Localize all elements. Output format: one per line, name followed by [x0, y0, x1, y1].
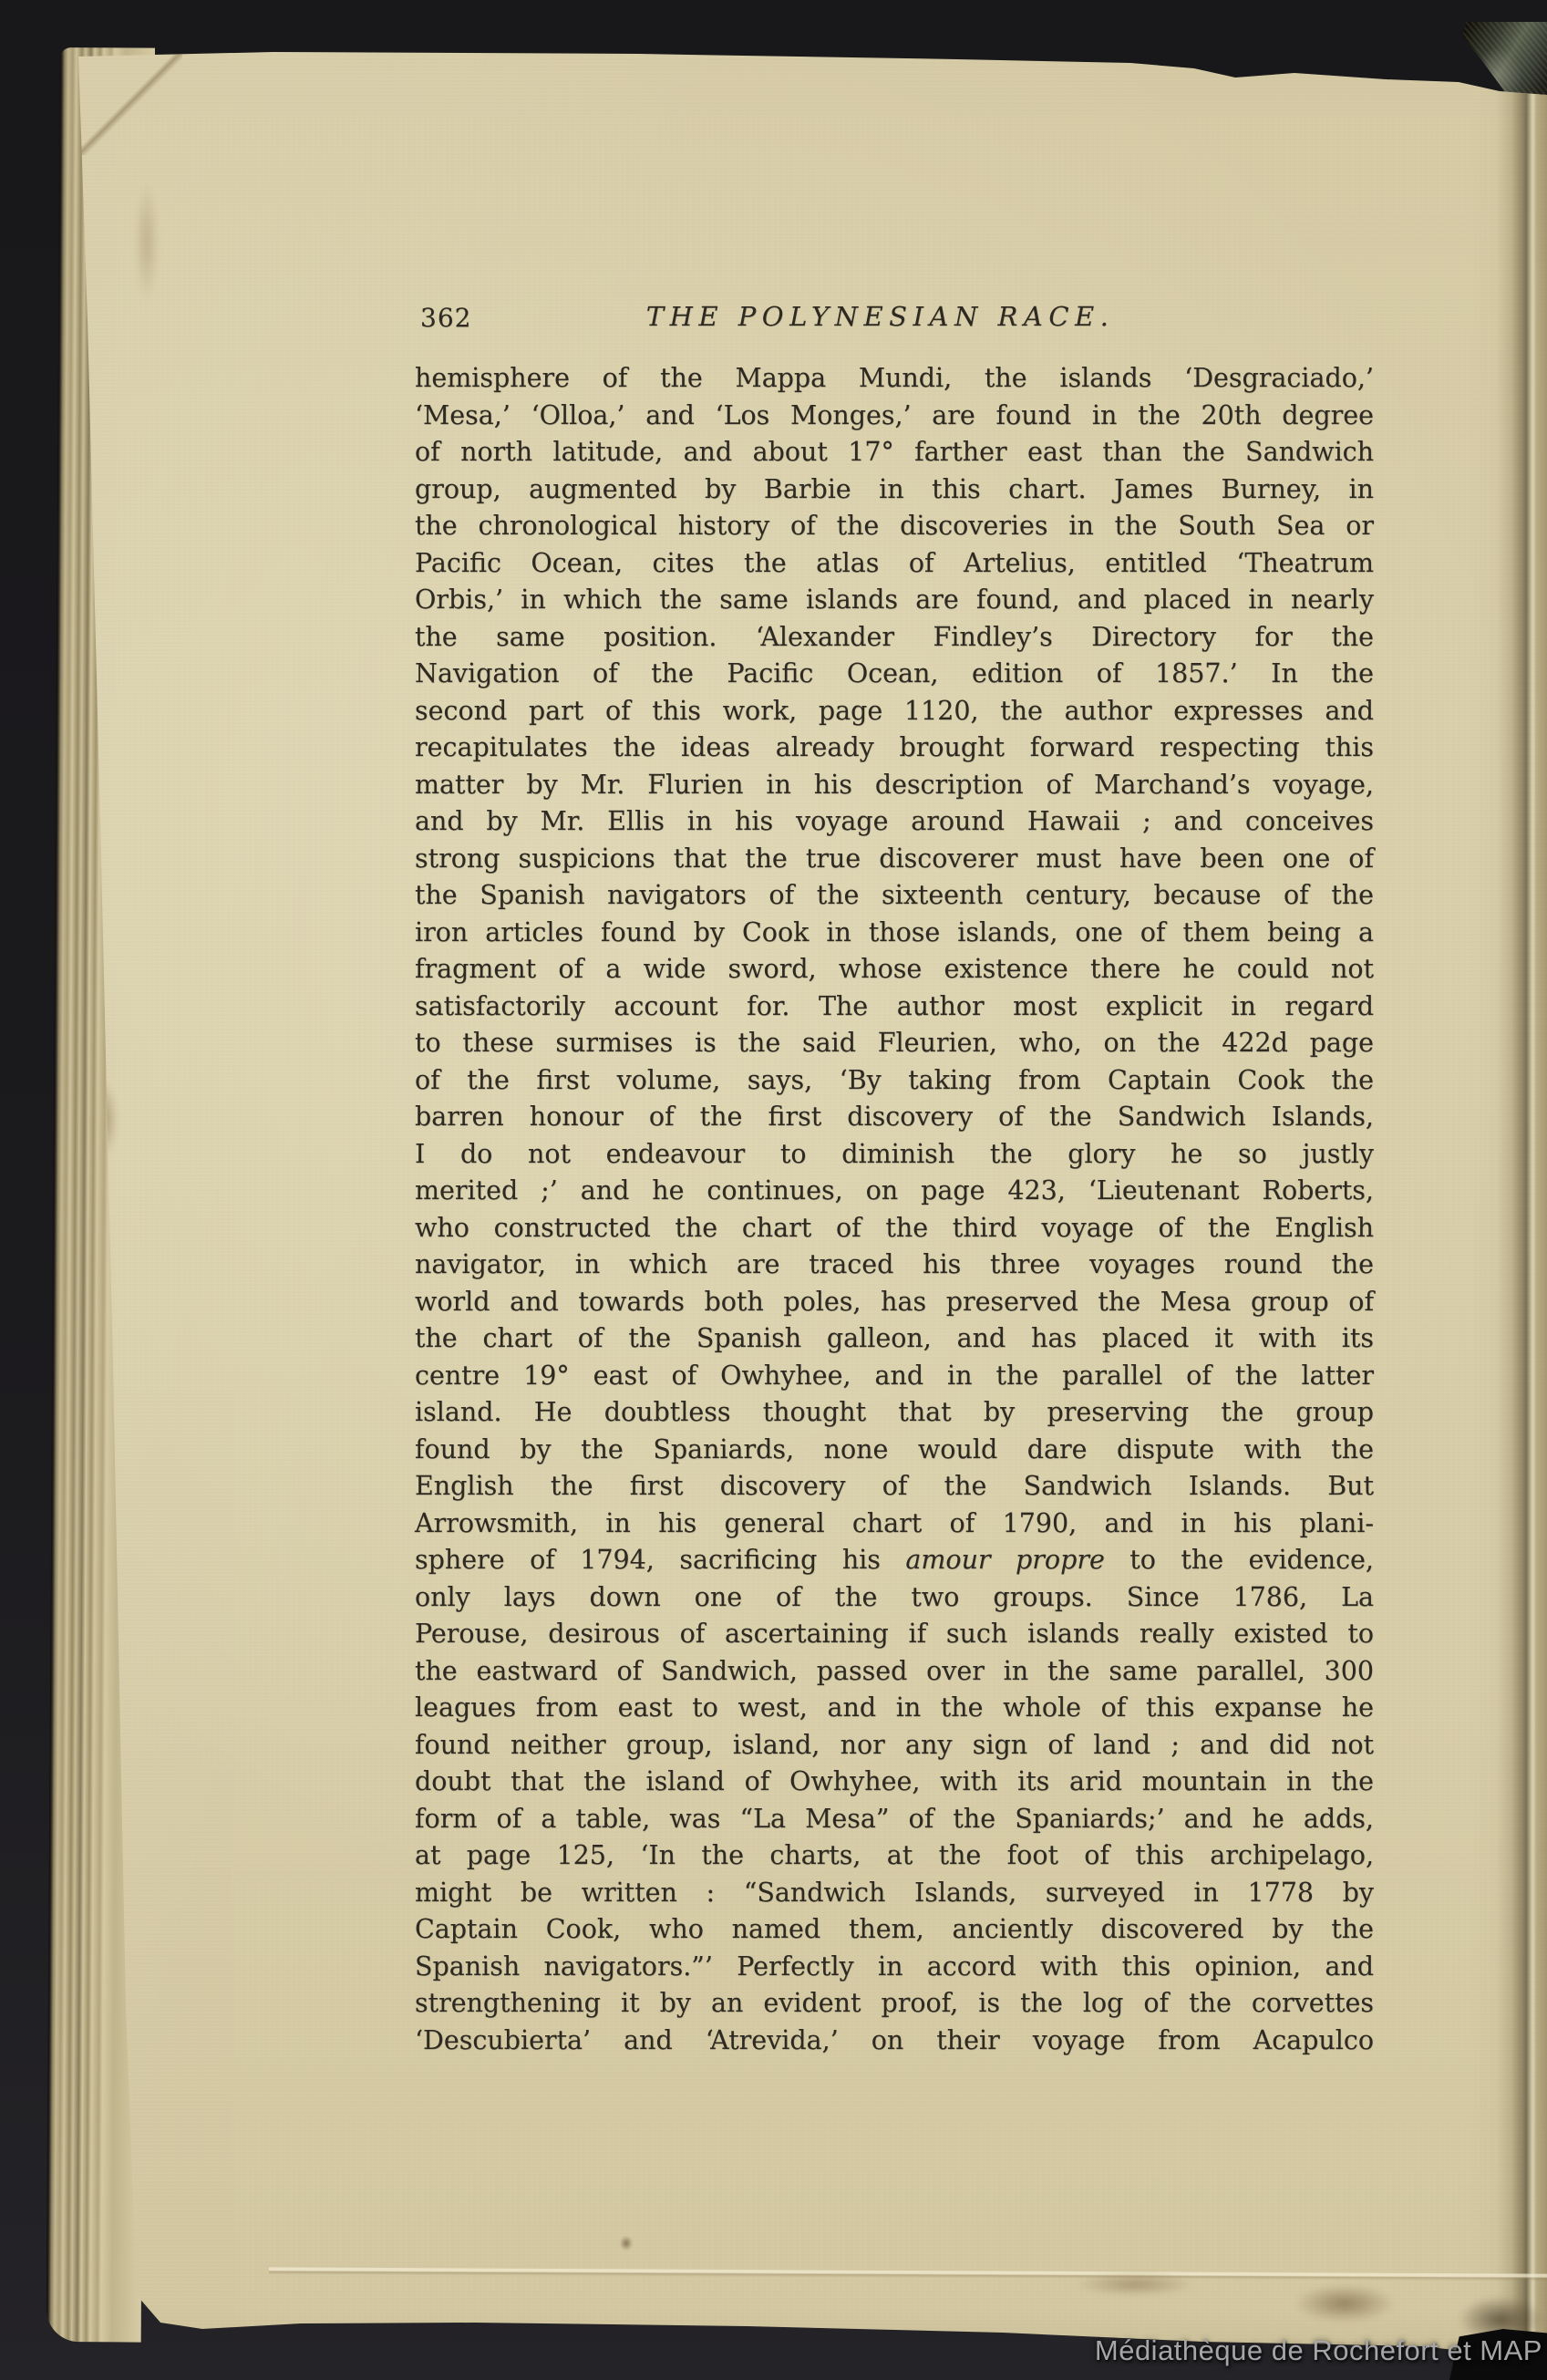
text-line: sphere of 1794, sacrificing his amour pr… [415, 1542, 1374, 1579]
text-line: Navigation of the Pacific Ocean, edition… [415, 656, 1374, 693]
text-line: I do not endeavour to diminish the glory… [415, 1136, 1374, 1174]
paper-stain [1294, 2284, 1395, 2323]
text-line: Arrowsmith, in his general chart of 1790… [415, 1506, 1374, 1543]
top-left-corner-crease [80, 53, 182, 155]
text-line: recapitulates the ideas already brought … [415, 730, 1374, 767]
page-header: 362 THE POLYNESIAN RACE. [415, 301, 1374, 337]
text-line: iron articles found by Cook in those isl… [415, 915, 1374, 952]
text-line: hemisphere of the Mappa Mundi, the islan… [415, 360, 1374, 398]
text-line: doubt that the island of Owhyhee, with i… [415, 1764, 1374, 1801]
text-line: strong suspicions that the true discover… [415, 841, 1374, 878]
text-line: of north latitude, and about 17° farther… [415, 434, 1374, 471]
text-line: barren honour of the first discovery of … [415, 1099, 1374, 1136]
text-line: Pacific Ocean, cites the atlas of Arteli… [415, 545, 1374, 583]
text-line: Perouse, desirous of ascertaining if suc… [415, 1616, 1374, 1653]
text-line: second part of this work, page 1120, the… [415, 693, 1374, 730]
running-title: THE POLYNESIAN RACE. [646, 301, 1115, 332]
text-line: Spanish navigators.”’ Perfectly in accor… [415, 1949, 1374, 1986]
scanned-book-photo: 362 THE POLYNESIAN RACE. hemisphere of t… [0, 0, 1547, 2380]
page-number: 362 [420, 303, 471, 333]
text-line: of the first volume, says, ‘By taking fr… [415, 1062, 1374, 1100]
text-line: the eastward of Sandwich, passed over in… [415, 1653, 1374, 1691]
text-line: the same position. ‘Alexander Findley’s … [415, 619, 1374, 657]
text-line: world and towards both poles, has preser… [415, 1284, 1374, 1321]
text-line: island. He doubtless thought that by pre… [415, 1394, 1374, 1432]
text-line: Captain Cook, who named them, anciently … [415, 1911, 1374, 1949]
text-line: the Spanish navigators of the sixteenth … [415, 877, 1374, 915]
text-line: leagues from east to west, and in the wh… [415, 1690, 1374, 1727]
text-line: ‘Descubierta’ and ‘Atrevida,’ on their v… [415, 2023, 1374, 2060]
text-line: the chronological history of the discove… [415, 508, 1374, 545]
text-line: Orbis,’ in which the same islands are fo… [415, 582, 1374, 619]
text-line: might be written : “Sandwich Islands, su… [415, 1875, 1374, 1912]
text-line: the chart of the Spanish galleon, and ha… [415, 1320, 1374, 1358]
text-line: to these surmises is the said Fleurien, … [415, 1025, 1374, 1062]
text-line: found neither group, island, nor any sig… [415, 1727, 1374, 1764]
paper-stain [1076, 2272, 1194, 2296]
text-line: matter by Mr. Flurien in his description… [415, 767, 1374, 804]
text-line: found by the Spaniards, none would dare … [415, 1432, 1374, 1469]
fore-edge-strip [1535, 87, 1547, 2348]
text-line: centre 19° east of Owhyhee, and in the p… [415, 1358, 1374, 1395]
text-line: group, augmented by Barbie in this chart… [415, 471, 1374, 509]
text-line: strengthening it by an evident proof, is… [415, 1985, 1374, 2023]
text-line: and by Mr. Ellis in his voyage around Ha… [415, 803, 1374, 841]
text-line: only lays down one of the two groups. Si… [415, 1579, 1374, 1617]
printed-page-content: 362 THE POLYNESIAN RACE. hemisphere of t… [415, 301, 1374, 337]
book-page: 362 THE POLYNESIAN RACE. hemisphere of t… [0, 0, 1547, 2380]
text-line: merited ;’ and he continues, on page 423… [415, 1173, 1374, 1210]
text-line: at page 125, ‘In the charts, at the foot… [415, 1837, 1374, 1875]
text-line: fragment of a wide sword, whose existenc… [415, 951, 1374, 988]
paper-stain [135, 182, 159, 301]
page-body-text: hemisphere of the Mappa Mundi, the islan… [415, 360, 1374, 2059]
text-line: English the first discovery of the Sandw… [415, 1468, 1374, 1506]
paper-stain [620, 2236, 633, 2251]
text-line: who constructed the chart of the third v… [415, 1210, 1374, 1247]
text-line: ‘Mesa,’ ‘Olloa,’ and ‘Los Monges,’ are f… [415, 398, 1374, 435]
text-line: form of a table, was “La Mesa” of the Sp… [415, 1801, 1374, 1838]
library-watermark: Médiathèque de Rochefort et MAP [1095, 2334, 1542, 2367]
text-line: satisfactorily account for. The author m… [415, 988, 1374, 1026]
text-line: navigator, in which are traced his three… [415, 1247, 1374, 1284]
